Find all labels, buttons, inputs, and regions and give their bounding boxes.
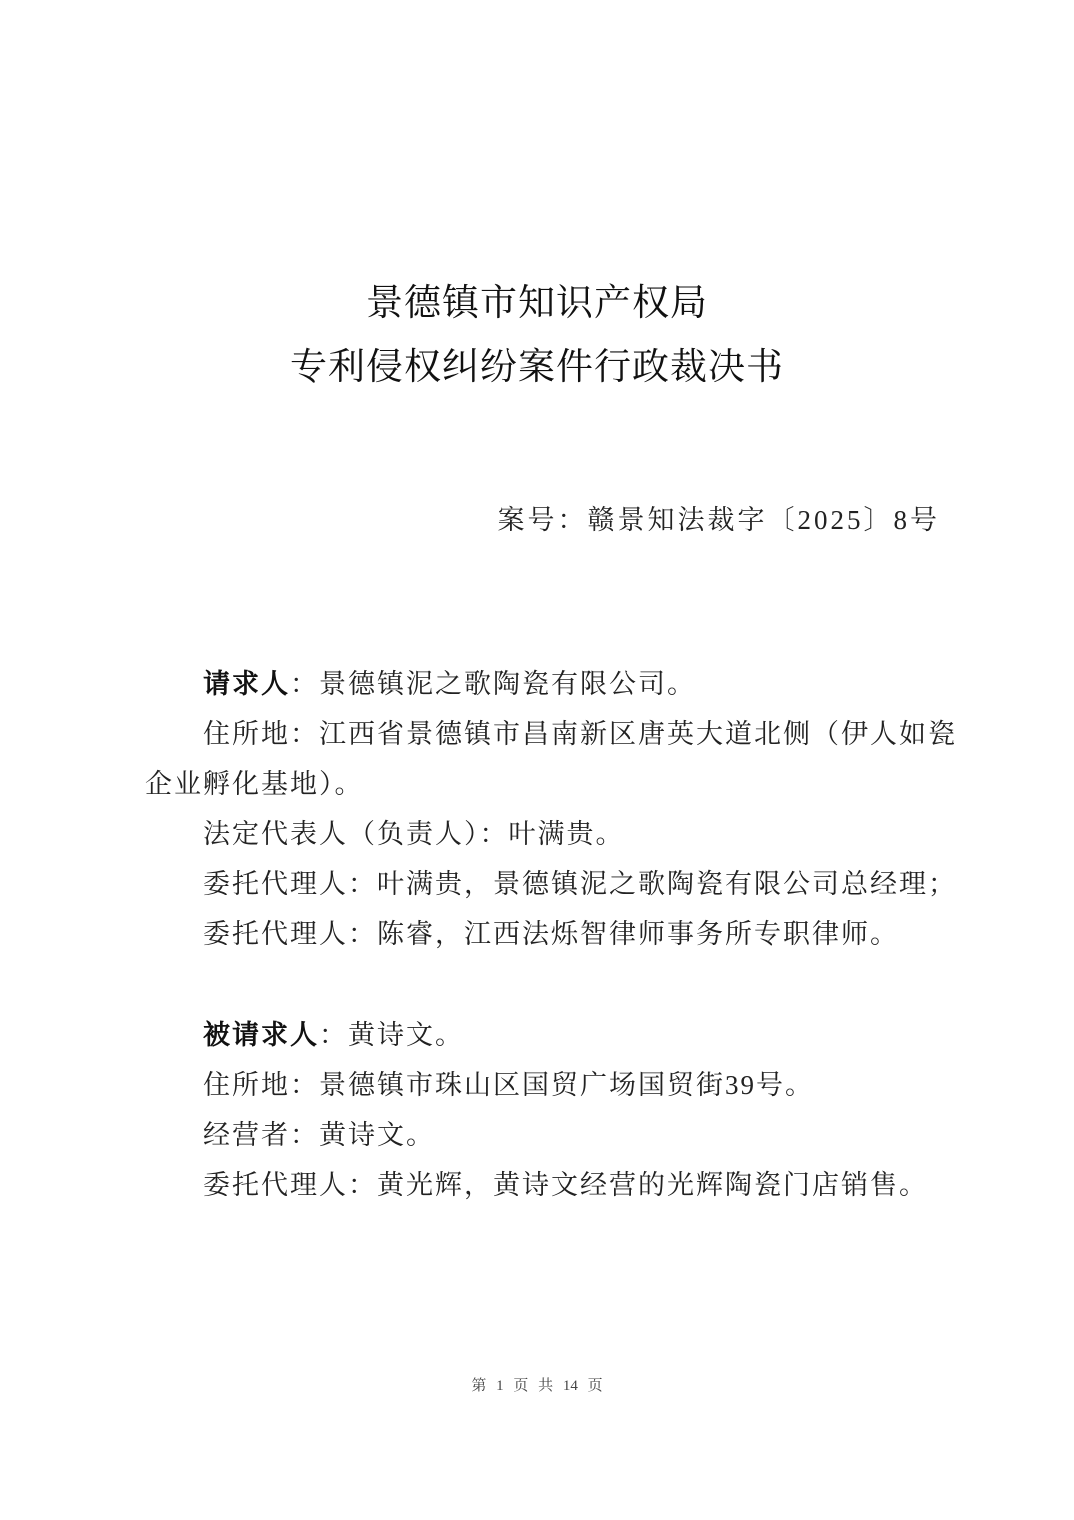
respondent-address: 住所地：景德镇市珠山区国贸广场国贸街39号。: [203, 1063, 814, 1102]
petitioner-agent-2: 委托代理人：陈睿，江西法烁智律师事务所专职律师。: [203, 912, 899, 951]
petitioner-line: 请求人：景德镇泥之歌陶瓷有限公司。: [203, 662, 696, 701]
page-number-footer: 第 1 页 共 14 页: [0, 1374, 1074, 1395]
petitioner-legal-rep: 法定代表人（负责人）：叶满贵。: [203, 812, 625, 851]
petitioner-agent-1: 委托代理人：叶满贵，景德镇泥之歌陶瓷有限公司总经理；: [203, 862, 957, 901]
respondent-line: 被请求人：黄诗文。: [203, 1013, 464, 1052]
respondent-label: 被请求人: [203, 1020, 319, 1050]
petitioner-name: ：景德镇泥之歌陶瓷有限公司。: [290, 669, 696, 699]
document-title-type: 专利侵权纠纷案件行政裁决书: [0, 336, 1074, 390]
respondent-agent: 委托代理人：黄光辉，黄诗文经营的光辉陶瓷门店销售。: [203, 1163, 928, 1202]
petitioner-label: 请求人: [203, 669, 290, 699]
petitioner-address-line2: 企业孵化基地）。: [145, 762, 364, 801]
petitioner-address-line1: 住所地：江西省景德镇市昌南新区唐英大道北侧（伊人如瓷: [203, 712, 957, 751]
document-title-issuer: 景德镇市知识产权局: [0, 272, 1074, 326]
respondent-name: ：黄诗文。: [319, 1020, 464, 1050]
respondent-operator: 经营者：黄诗文。: [203, 1113, 435, 1152]
case-number: 案号：赣景知法裁字〔2025〕8号: [498, 498, 941, 537]
